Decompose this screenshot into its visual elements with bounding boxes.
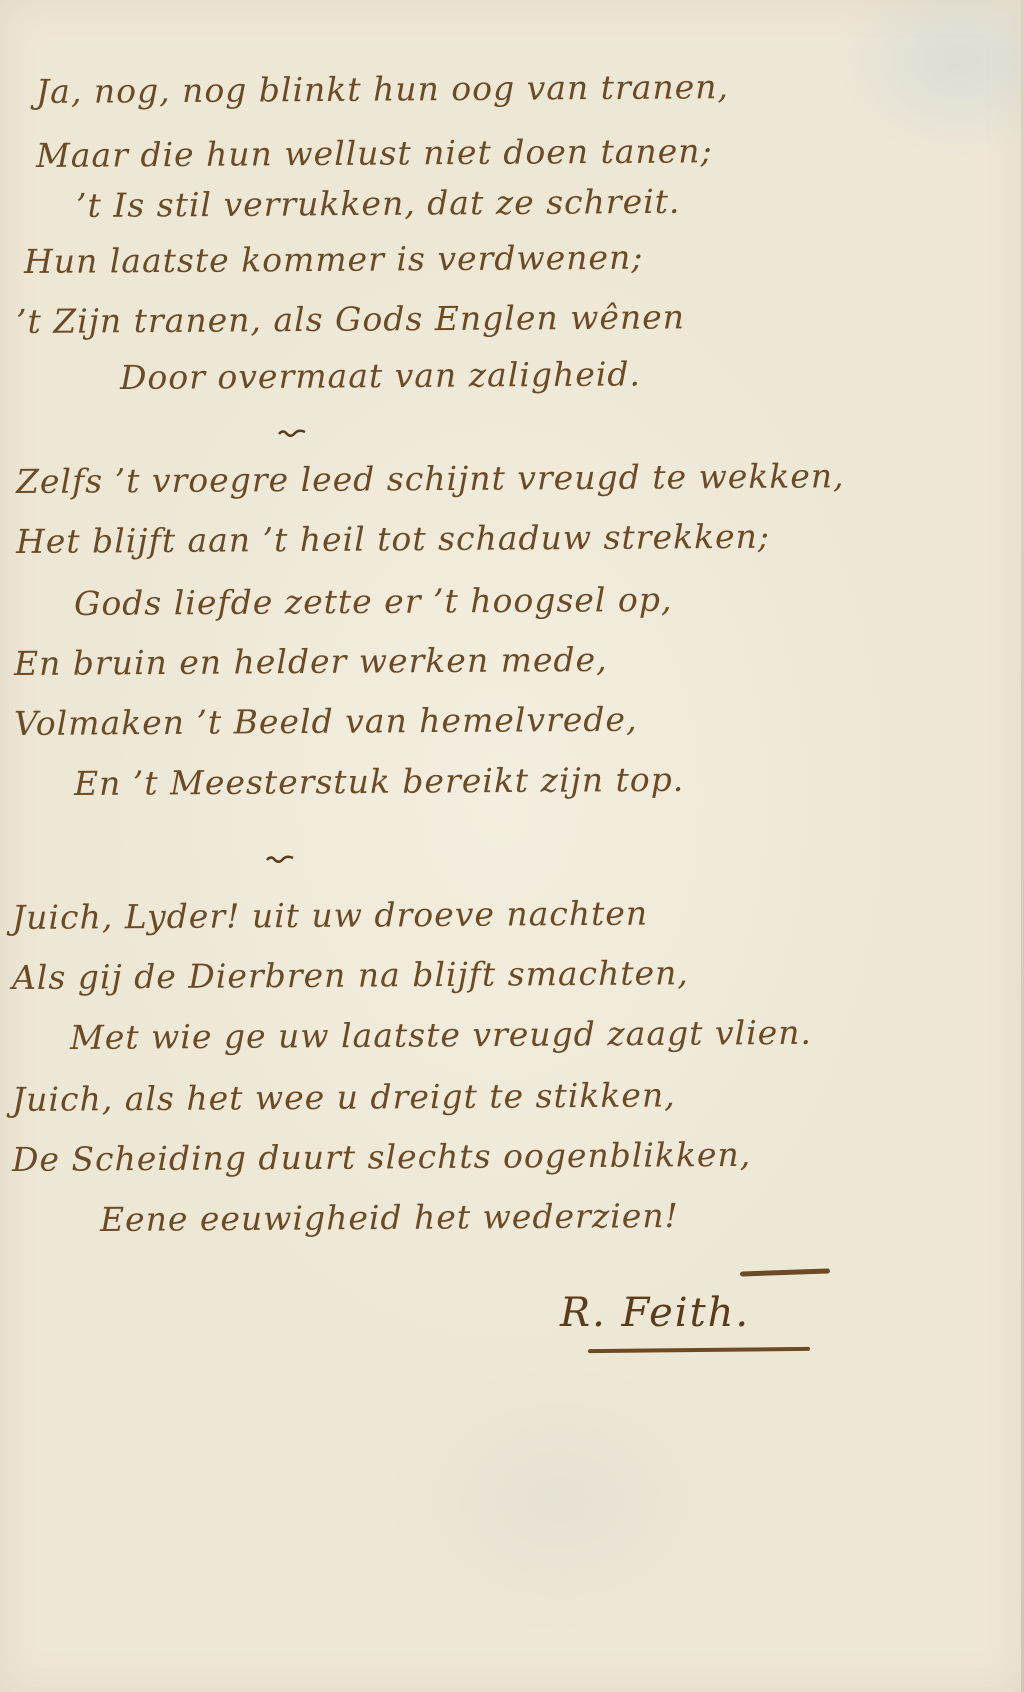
poem-line: En bruin en helder werken mede, bbox=[14, 640, 608, 683]
poem-line: De Scheiding duurt slechts oogenblikken, bbox=[12, 1135, 751, 1179]
poem-line: Juich, als het wee u dreigt te stikken, bbox=[12, 1075, 676, 1119]
signature: R. Feith. bbox=[560, 1290, 750, 1336]
poem-line: ’t Zijn tranen, als Gods Englen wênen bbox=[16, 297, 685, 341]
signature-underline bbox=[588, 1347, 810, 1353]
poem-line: Door overmaat van zaligheid. bbox=[120, 354, 641, 397]
poem-line: ’t Is stil verrukken, dat ze schreit. bbox=[76, 182, 681, 225]
poem-line: Juich, Lyder! uit uw droeve nachten bbox=[12, 894, 648, 937]
manuscript-page: Ja, nog, nog blinkt hun oog van tranen, … bbox=[0, 0, 1024, 1692]
signature-flourish bbox=[740, 1268, 830, 1276]
poem-line: Met wie ge uw laatste vreugd zaagt vlien… bbox=[70, 1013, 812, 1057]
ink-bleed-through bbox=[330, 1420, 830, 1560]
poem-line: Ja, nog, nog blinkt hun oog van tranen, bbox=[36, 67, 729, 111]
poem-line: En ’t Meesterstuk bereikt zijn top. bbox=[74, 760, 685, 803]
poem-line: Gods liefde zette er ’t hoogsel op, bbox=[74, 580, 673, 623]
poem-line: Zelfs ’t vroegre leed schijnt vreugd te … bbox=[16, 456, 845, 501]
poem-line: Hun laatste kommer is verdwenen; bbox=[24, 238, 644, 281]
poem-line: Maar die hun wellust niet doen tanen; bbox=[36, 131, 713, 175]
poem-line: Volmaken ’t Beeld van hemelvrede, bbox=[14, 700, 638, 743]
poem-line: Als gij de Dierbren na blijft smachten, bbox=[12, 953, 689, 997]
stanza-divider-ornament bbox=[266, 854, 294, 864]
poem-line: Eene eeuwigheid het wederzien! bbox=[100, 1196, 679, 1239]
stanza-divider-ornament bbox=[278, 428, 306, 438]
poem-line: Het blijft aan ’t heil tot schaduw strek… bbox=[16, 517, 770, 561]
